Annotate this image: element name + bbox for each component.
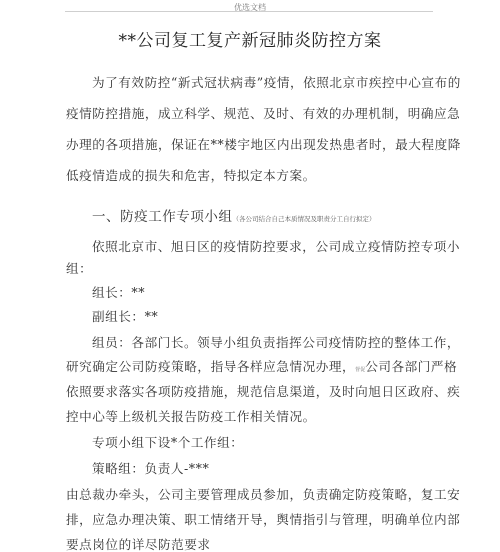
strategy-desc-line-3: 要点岗位的详尽防范要求 bbox=[66, 534, 211, 552]
members-line-2: 研究确定公司防疫策略，指导各样应急情况办理，督促公司各部门严格 bbox=[66, 356, 457, 375]
header-divider bbox=[65, 11, 433, 12]
members-line-2b: 公司各部门严格 bbox=[365, 359, 457, 374]
intro-line-1: 为了有效防控“新式冠状病毒”疫情，依照北京市疾控中心宣布的 bbox=[92, 72, 461, 91]
group-deputy: 副组长：** bbox=[92, 306, 158, 325]
document-title: **公司复工复产新冠肺炎防控方案 bbox=[0, 26, 500, 51]
members-line-2-tiny: 督促 bbox=[355, 367, 365, 373]
group-leader: 组长：** bbox=[92, 282, 145, 301]
members-line-3: 依照要求落实各项防疫措施，规范信息渠道，及时向旭日区政府、疾 bbox=[66, 381, 460, 400]
intro-line-3: 办理的各项措施，保证在**楼宇地区内出现发热患者时，最大程度降 bbox=[66, 134, 461, 153]
section-para-line-1: 依照北京市、旭日区的疫情防控要求，公司成立疫情防控专项小 bbox=[92, 236, 460, 255]
strategy-group-label: 策略组：负责人-*** bbox=[92, 458, 209, 477]
section-para-line-2: 组： bbox=[66, 258, 92, 277]
members-line-4: 控中心等上级机关报告防疫工作相关情况。 bbox=[66, 406, 316, 425]
subgroups-intro: 专项小组下设*个工作组： bbox=[92, 432, 243, 451]
members-line-2a: 研究确定公司防疫策略，指导各样应急情况办理， bbox=[66, 359, 355, 374]
intro-line-2: 疫情防控措施，成立科学、规范、及时、有效的办理机制，明确应急 bbox=[66, 103, 460, 122]
members-line-1: 组员：各部门长。领导小组负责指挥公司疫情防控的整体工作， bbox=[92, 332, 460, 351]
strategy-desc-line-2: 排，应急办理决策、职工情绪开导，舆情指引与管理，明确单位内部 bbox=[66, 509, 460, 528]
intro-line-4: 低疫情造成的损失和危害，特拟定本方案。 bbox=[66, 165, 316, 184]
section-heading-note: （各公司结合自己本质情况及职责分工自行拟定） bbox=[233, 215, 376, 223]
strategy-desc-line-1: 由总裁办牵头，公司主要管理成员参加，负责确定防疫策略，复工安 bbox=[66, 484, 460, 503]
section-heading: 一、防疫工作专项小组（各公司结合自己本质情况及职责分工自行拟定） bbox=[92, 205, 376, 225]
section-heading-text: 一、防疫工作专项小组 bbox=[92, 209, 233, 225]
